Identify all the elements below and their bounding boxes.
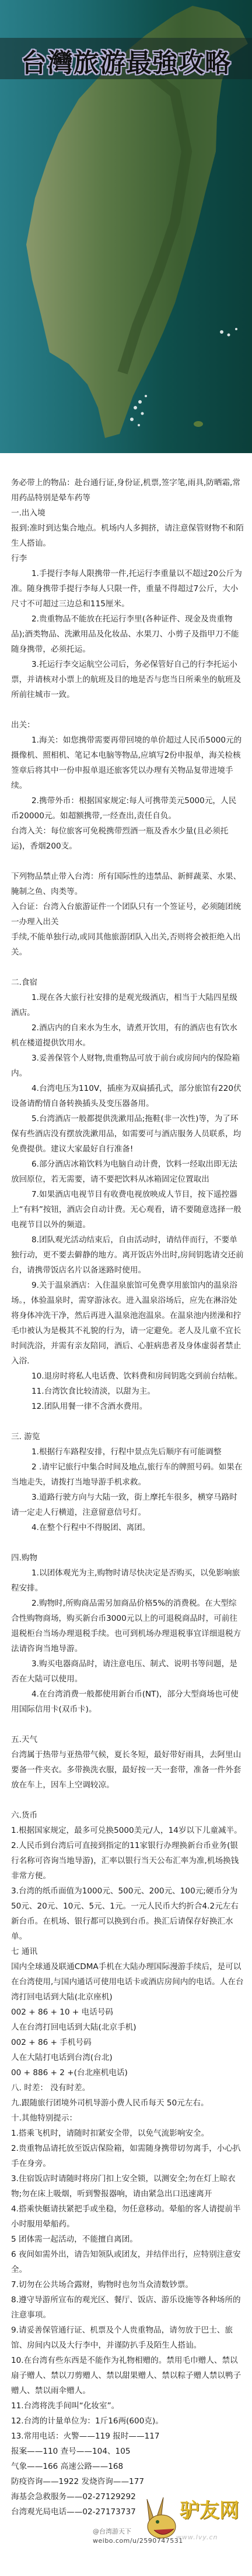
paragraph: 4.搭乘快艇请扶紧把手或坐稳，勿任意移动。晕船的客人请提前半小时服用晕船药。 [11,2202,244,2232]
paragraph: 4.在台湾消费一般都使用新台币(NT)，部分大型商场也可使用国际信用卡(双币卡)… [11,1687,244,1717]
paragraph: 9.请妥善保管通行证、机票及个人贵重物品，请勿放于巴士、旅馆、房间内以及大行李中… [11,2323,244,2353]
paragraph: 2 .请牢记旅行中集合时间及地点,旅行车的牌照号码。如果在当地走失，请拨打当地导… [11,1460,244,1490]
section: 三. 游览1.根据行车路程安排，行程中景点先后顺序有可能调整2 .请牢记旅行中集… [11,1429,244,1550]
paragraph: 1.手提行李每人限携带一件,托运行李重量以不超过20公斤为准。随身携带手提行李每… [11,566,244,612]
paragraph: 6.部分酒店冰箱饮料为电脑自动计费，饮料一经取出即无法放回原位，若无需要，请不要… [11,1157,244,1187]
section: 九.跟随旅行团境外司机导游小费人民币每天 50元左右。 [11,2096,244,2111]
paragraph: 1.现在各大旅行社安排的是观光级酒店，相当于大陆四星级酒店。 [11,990,244,1020]
section-heading: 五.天气 [11,1732,244,1747]
paragraph: 1.搭乘飞机时，请随时扣紧安全带，以免气流影响安全。 [11,2126,244,2141]
paragraph: 3.道路行驶方向与大陆一致，街上摩托车很多，横穿马路时请一定走人行横道，注意留意… [11,1490,244,1520]
section-heading: 十.其他特别提示： [11,2111,244,2126]
section: 六.货币1.根据国家规定，最多可兑换5000美元/人，14岁以下儿童减半。2.人… [11,1808,244,1944]
section-heading: 三. 游览 [11,1429,244,1444]
paragraph: 1.根据行车路程安排，行程中景点先后顺序有可能调整 [11,1444,244,1460]
paragraph: 002 + 86 + 10 + 电话号码 [11,2005,244,2020]
paragraph: 台湾属于热带与亚热带气候，夏长冬短，最好带好雨具，去阿里山要备一件夹衣。多带换洗… [11,1747,244,1793]
paragraph: 11.台湾将洗手间叫“化妆室”。 [11,2398,244,2414]
paragraph: 手续,不能单独行动,或同其他旅游团队入出关,否则将会被拒绝入出关。 [11,930,244,960]
spacer [11,960,244,975]
intro-paragraph: 务必带上的物品：赴台通行证,身份证,机票,签字笔,雨具,防晒霜,常用药品特别是晕… [11,475,244,506]
paragraph: 1.以团体观光为主,购物时请尽快决定是否购买，以免影响旅程安排。 [11,1566,244,1596]
footer-watermarks: @台湾游天下 weibo.com/u/2590747531 驴友网 www.lv… [11,2520,244,2560]
paragraph: 2.贵重物品请托放至饭店保险箱，如需随身携带切勿离手，小心扒手在身旁。 [11,2141,244,2171]
paragraph: 出关： [11,718,244,733]
paragraph: 11.台湾饮食比较清淡，以甜为主。 [11,1384,244,1399]
spacer [11,1535,244,1550]
lvy-logo: 驴友网 www.lvy.cn [141,2496,242,2545]
paragraph: 3.住宿饭店时请随时将房门扣上安全锁，以测安全;勿在灯上晾衣物;勿在床上吸烟，听… [11,2171,244,2202]
page-title: 台灣旅游最強攻略 [0,42,252,79]
paragraph: 2.贵重物品不能放在托运行李里(各种证件、现金及贵重物品);酒类物品、洗漱用品及… [11,612,244,657]
paragraph: 2.酒店内的自来水为生水，请煮开饮用，有的酒店也有饮水机在楼道提供饮用水。 [11,1020,244,1051]
section-heading: 六.货币 [11,1808,244,1823]
paragraph: 4.台湾电压为110V，插座为双扁插孔式，部分旅馆有220伏设备请酌情自备转换插… [11,1081,244,1111]
spacer [11,1717,244,1732]
paragraph: 气象——166 高速公路——168 [11,2459,244,2474]
paragraph: 台湾入关：每位旅客可免税携带烈酒一瓶及香水少量(且必须托运)，香烟200支。 [11,824,244,854]
section-heading: 一.出入境 [11,506,244,521]
paragraph: 人在大陆打电话到台湾(台北) [11,2050,244,2065]
section-heading: 四.购物 [11,1550,244,1566]
logo-text: 驴友网 [180,2503,239,2518]
paragraph: 3.台湾的纸币面值为1000元、500元、200元、100元;硬币分为 50元、… [11,1884,244,1944]
paragraph: 3.妥善保管个人财物,贵重物品可放于前台或房间内的保险箱内。 [11,1051,244,1081]
paragraph: 002 + 86 + 手机号码 [11,2035,244,2050]
paragraph: 人在台湾打回电话到大陆(北京手机) [11,2020,244,2035]
paragraph: 下列物品禁止带入台湾：所有国际性的违禁品、新鲜蔬菜、水果、腌制之鱼、肉类等。 [11,869,244,899]
paragraph: 3.托运行李交运航空公司后，务必保管好自己的行李托运小票，并请核对小票上的航班及… [11,657,244,702]
paragraph: 6 夜间如需外出，请告知领队或团友，并结伴出行，应特别注意安全。 [11,2247,244,2277]
paragraph: 2.购物时,所购商品需另加商品价格5%的消费税。在大型综合性购物商场，购买新台币… [11,1596,244,1656]
paragraph: 行李 [11,551,244,566]
section-heading: 二.食宿 [11,975,244,990]
paragraph: 报案——110 查号——104、105 [11,2444,244,2459]
paragraph: 00 + 886 + 2 +(台北座机电话) [11,2065,244,2080]
paragraph: 5.台湾酒店一般都提供洗漱用品;拖鞋(非一次性)等，为了环保有些酒店没有摆放洗漱… [11,1111,244,1157]
paragraph: 4.在整个行程中不得脱团、离团。 [11,1520,244,1535]
section-heading: 九.跟随旅行团境外司机导游小费人民币每天 50元左右。 [11,2096,244,2111]
paragraph: 13.常用电话：火警——119 报时——117 [11,2429,244,2444]
paragraph: 8.团队观光活动结束后，自由活动时，请结伴而行，不要单独行动，更不要去僻静的地方… [11,1232,244,1278]
paragraph: 报到:准时到达集合地点。机场内人多拥挤，请注意保管财物不和陌生人搭讪。 [11,521,244,551]
spacer [11,854,244,869]
paragraph: 5 团体需一起活动，不能擅自离团。 [11,2232,244,2247]
paragraph: 9.关于温泉酒店：入住温泉旅馆可免费享用旅馆内的温泉浴场。，体验温泉时，需穿游泳… [11,1278,244,1369]
logo-url: www.lvy.cn [176,2530,218,2545]
section-heading: 八. 时差： 没有时差。 [11,2080,244,2096]
section: 四.购物1.以团体观光为主,购物时请尽快决定是否购买，以免影响旅程安排。2.购物… [11,1550,244,1732]
section: 一.出入境报到:准时到达集合地点。机场内人多拥挤，请注意保管财物不和陌生人搭讪。… [11,506,244,975]
section: 五.天气台湾属于热带与亚热带气候，夏长冬短，最好带好雨具，去阿里山要备一件夹衣。… [11,1732,244,1808]
spacer [11,1414,244,1429]
paragraph: 入台证：台湾入台旅游证件一个团队只有一个签证号，必须随团统一办理入出关 [11,899,244,930]
section-heading: 七 通讯 [11,1944,244,1959]
paragraph: 7.如果酒店电视节目有收费电视放映成人节目，按下遥控器上“有料”按钮，酒店会自动… [11,1187,244,1232]
section: 二.食宿1.现在各大旅行社安排的是观光级酒店，相当于大陆四星级酒店。2.酒店内的… [11,975,244,1429]
article-body: 务必带上的物品：赴台通行证,身份证,机票,签字笔,雨具,防晒霜,常用药品特别是晕… [0,453,252,2560]
paragraph: 国内全球通及联通CDMA手机在大陆办理国际漫游手续后，是可以在台湾使用,与国内通… [11,1959,244,2005]
paragraph: 12.台湾的计量单位为：1斤16两(600克)。 [11,2414,244,2429]
paragraph: 12.团队用餐一律不含酒水费用。 [11,1399,244,1414]
paragraph: 2.携带外币：根据国家规定:每人可携带美元5000元，人民币20000元。如超额… [11,793,244,824]
hero-map-banner: 台灣旅游最強攻略 [0,0,252,453]
spacer [11,1793,244,1808]
paragraph: 1.根据国家规定，最多可兑换5000美元/人，14岁以下儿童减半。 [11,1823,244,1838]
section: 七 通讯国内全球通及联通CDMA手机在大陆办理国际漫游手续后，是可以在台湾使用,… [11,1944,244,2080]
paragraph: 10.退房时将私人电话费、饮料费和房间钥匙交到前台结帐。 [11,1369,244,1384]
paragraph: 3.购买电器商品时，请注意电压、制式、说明书等问题，是否在大陆可以使用。 [11,1656,244,1687]
paragraph: 防疫咨询——1922 发烧咨询——177 [11,2474,244,2489]
paragraph: 1.海关：如您携带需要再带回境的单价超过人民币5000元的摄像机、照相机、笔记本… [11,733,244,793]
sections: 一.出入境报到:准时到达集合地点。机场内人多拥挤，请注意保管财物不和陌生人搭讪。… [11,506,244,2520]
section: 八. 时差： 没有时差。 [11,2080,244,2096]
paragraph: 8.遵守导游所宣布的观光区、餐厅、饭店、游乐设施等各种场所的注意事项。 [11,2292,244,2323]
intro: 务必带上的物品：赴台通行证,身份证,机票,签字笔,雨具,防晒霜,常用药品特别是晕… [11,475,244,506]
paragraph: 7.切勿在公共场合露财，购物时也勿当众清数钞票。 [11,2277,244,2292]
paragraph: 2.人民币到台湾后可直接到指定的11家银行办理换新台币业务(银行名称可咨询当地导… [11,1838,244,1884]
section: 十.其他特别提示：1.搭乘飞机时，请随时扣紧安全带，以免气流影响安全。2.贵重物… [11,2111,244,2520]
paragraph: 10.在台湾有些东西是不能作为礼物相赠的。禁用毛巾赠人、禁以扇子赠人、禁以刀剪赠… [11,2353,244,2398]
spacer [11,702,244,718]
